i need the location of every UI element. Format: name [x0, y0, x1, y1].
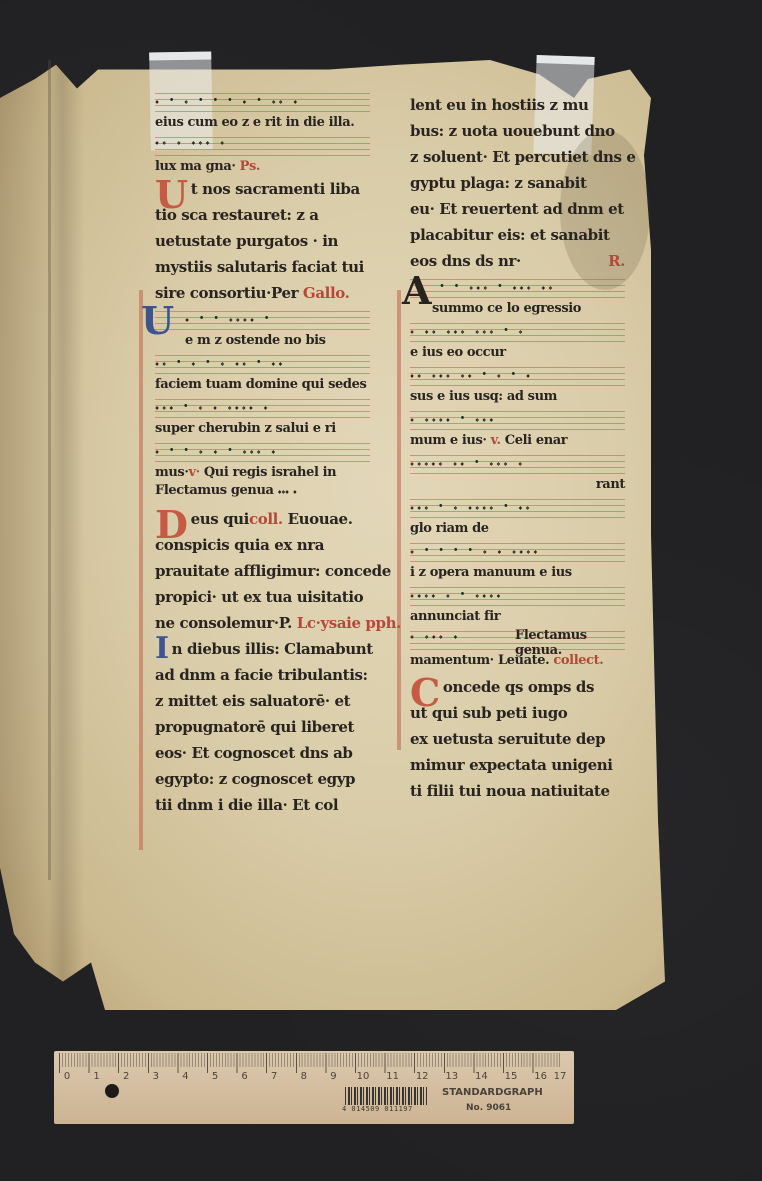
- ruler-label: 5: [212, 1071, 218, 1082]
- neumes: 𝆺𝆹 ꞏ 𝆺 ꞏ 𝆹 𝆺𝆹 ꞏ 𝆺𝆺: [155, 352, 286, 370]
- ruler-model: No. 9061: [466, 1103, 511, 1113]
- rubric: v·: [188, 465, 199, 480]
- lyric-line: glo riam de: [410, 520, 625, 538]
- ruler-label: 4: [182, 1071, 188, 1082]
- left-column: 𝆺 ꞏ 𝆹 ꞏ ꞏ ꞏ 𝆺 ꞏ 𝆹𝆹 𝆺 eius cum eo z e rit…: [155, 88, 370, 818]
- neumes: 𝆹𝆺𝆹𝆺 𝆹 ꞏ 𝆹𝆺𝆹𝆺: [410, 584, 503, 602]
- text: ne consolemur·P.: [155, 614, 292, 632]
- lyric-line: rant: [410, 476, 625, 494]
- ruler-label: 7: [271, 1071, 277, 1082]
- neumes: 𝆹𝆹𝆹𝆺𝆹 𝆹𝆺 ꞏ 𝆹𝆹𝆹 𝆹: [410, 452, 525, 470]
- text-line: placabitur eis: et sanabit: [410, 222, 625, 248]
- music-staff: U𝆺 ꞏ ꞏ 𝆹𝆹𝆹𝆺 ꞏ: [155, 306, 370, 332]
- rubric: Lc·ysaie pph.: [297, 614, 401, 632]
- text-line: sire consortiu·Per Gallo.: [155, 280, 370, 306]
- neumes: 𝆺 ꞏ ꞏ 𝆹 𝆺 ꞏ 𝆹𝆹𝆹 𝆺: [155, 440, 278, 458]
- music-staff: 𝆺 ꞏ ꞏ 𝆹 𝆺 ꞏ 𝆹𝆹𝆹 𝆺: [155, 438, 370, 464]
- red-border-flourish-right: [397, 290, 401, 750]
- ruler-label: 12: [416, 1071, 429, 1082]
- music-staff: 𝆺𝆹 ꞏ 𝆺 ꞏ 𝆹 𝆺𝆹 ꞏ 𝆺𝆺: [155, 350, 370, 376]
- barcode: [345, 1087, 427, 1105]
- lyric-line: mum e ius· v. Celi enar: [410, 432, 625, 450]
- decorated-initial: U: [141, 302, 174, 340]
- text-line: ti filii tui noua natiuitate: [410, 778, 625, 804]
- text-line: tii dnm i die illa· Et col: [155, 792, 370, 818]
- text-line: Ut nos sacramenti liba: [155, 176, 370, 202]
- ruler-hole: [105, 1084, 119, 1098]
- ruler-labels: 0 1 2 3 4 5 6 7 8 9 10 11 12 13 14 15 16…: [54, 1071, 574, 1085]
- text-line: bus: z uota uouebunt dno: [410, 118, 625, 144]
- decorated-initial: I: [155, 636, 169, 662]
- text: Flectamus genua: [155, 483, 274, 498]
- lyric-line: mus·v· Qui regis israhel in: [155, 464, 370, 482]
- ruler-label: 2: [123, 1071, 129, 1082]
- text-line: propici· ut ex tua uisitatio: [155, 584, 370, 610]
- text-line: conspicis quia ex nra: [155, 532, 370, 558]
- text-line: z mittet eis saluatorē· et: [155, 688, 370, 714]
- music-staff: 𝆹𝆹𝆹𝆺𝆹 𝆹𝆺 ꞏ 𝆹𝆹𝆹 𝆹: [410, 450, 625, 476]
- text-line: egypto: z cognoscet egyp: [155, 766, 370, 792]
- lyric-line: annunciat fir: [410, 608, 625, 626]
- text: eus qui: [191, 510, 249, 528]
- text-line: uetustate purgatos · in: [155, 228, 370, 254]
- ruler-major-ticks: [59, 1053, 562, 1073]
- lyric-line: sus e ius usq: ad sum: [410, 388, 625, 406]
- text-line: ad dnm a facie tribulantis:: [155, 662, 370, 688]
- binding-fold: [48, 60, 51, 880]
- ruler-brand: STANDARDGRAPH: [442, 1087, 543, 1098]
- red-border-flourish: [139, 290, 143, 850]
- text: n diebus illis: Clamabunt: [172, 640, 373, 658]
- music-staff: 𝆺 ꞏ 𝆹 ꞏ ꞏ ꞏ 𝆺 ꞏ 𝆹𝆹 𝆺: [155, 88, 370, 114]
- text: t nos sacramenti liba: [191, 180, 360, 198]
- text-line: eu· Et reuertent ad dnm et: [410, 196, 625, 222]
- measurement-ruler: 0 1 2 3 4 5 6 7 8 9 10 11 12 13 14 15 16…: [54, 1051, 574, 1124]
- lyric-line: eius cum eo z e rit in die illa.: [155, 114, 370, 132]
- lyric-line: Flectamus genua 𝆺𝆹𝆺 𝆺: [155, 482, 370, 500]
- rubric: coll.: [249, 510, 283, 528]
- neumes: 𝆺𝆹𝆺 ꞏ 𝆹 𝆺 𝆹𝆺𝆹𝆺 𝆺: [155, 396, 271, 414]
- neumes: 𝆹 𝆺𝆹 𝆹𝆺𝆹 𝆹𝆹𝆹 ꞏ 𝆹: [410, 320, 526, 338]
- text-line: ut qui sub peti iugo: [410, 700, 625, 726]
- lyric-line: summo ce lo egressio: [410, 300, 625, 318]
- neumes: 𝆹 𝆹𝆺𝆹 𝆺: [410, 628, 461, 643]
- lyric-line: i z opera manuum e ius: [410, 564, 625, 582]
- text: Qui regis israhel in: [204, 465, 336, 480]
- neumes: 𝆹 𝆹𝆹𝆹𝆺 ꞏ 𝆹𝆹𝆺: [410, 408, 496, 426]
- ruler-label: 17: [554, 1071, 567, 1082]
- text-line: eos· Et cognoscet dns ab: [155, 740, 370, 766]
- text: mus·: [155, 465, 188, 480]
- text-line: In diebus illis: Clamabunt: [155, 636, 370, 662]
- right-column: lent eu in hostiis z mu bus: z uota uoue…: [410, 92, 625, 804]
- text-line: Concede qs omps ds: [410, 674, 625, 700]
- text-line: ex uetusta seruitute dep: [410, 726, 625, 752]
- neumes: 𝆺 ꞏ ꞏ 𝆹𝆹𝆹𝆺 ꞏ: [185, 308, 272, 326]
- text: Celi enar: [505, 433, 567, 448]
- neumes: 𝆹𝆺𝆹 ꞏ 𝆹 𝆺𝆹𝆹𝆹 ꞏ 𝆺𝆹: [410, 496, 533, 514]
- ruler-label: 9: [330, 1071, 336, 1082]
- lyric-line: faciem tuam domine qui sedes: [155, 376, 370, 394]
- music-staff: Aꞏ ꞏ 𝆹𝆺𝆹 ꞏ 𝆺𝆺𝆹 𝆺𝆹: [410, 274, 625, 300]
- text: Euouae.: [288, 510, 353, 528]
- neumes: 𝆺𝆹𝆺 𝆺: [278, 483, 297, 498]
- lyric-line: e m z ostende no bis: [155, 332, 370, 350]
- ruler-label: 16: [534, 1071, 547, 1082]
- rubric: Ps.: [240, 159, 260, 174]
- text-line: prauitate affligimur: concede: [155, 558, 370, 584]
- music-staff: 𝆹 𝆺𝆹 𝆹𝆺𝆹 𝆹𝆹𝆹 ꞏ 𝆹: [410, 318, 625, 344]
- text: oncede qs omps ds: [443, 678, 594, 696]
- text-line: lent eu in hostiis z mu: [410, 92, 625, 118]
- neumes: ꞏ ꞏ 𝆹𝆺𝆹 ꞏ 𝆺𝆺𝆹 𝆺𝆹: [440, 276, 555, 294]
- music-staff: 𝆹𝆺𝆹𝆺 𝆹 ꞏ 𝆹𝆺𝆹𝆺: [410, 582, 625, 608]
- text: sire consortiu·Per: [155, 284, 298, 302]
- text-line: z soluent· Et percutiet dns e: [410, 144, 625, 170]
- neumes: 𝆺𝆹 𝆹 𝆺𝆹𝆺 𝆹: [155, 134, 227, 149]
- ruler-label: 13: [445, 1071, 458, 1082]
- text-line: mimur expectata unigeni: [410, 752, 625, 778]
- ruler-label: 11: [386, 1071, 399, 1082]
- text-line: tio sca restauret: z a: [155, 202, 370, 228]
- music-staff: 𝆺𝆹 𝆹 𝆺𝆹𝆺 𝆹: [155, 132, 370, 158]
- decorated-initial: A: [402, 272, 431, 310]
- music-staff: 𝆹 𝆹𝆺𝆹 𝆺Flectamus genua.: [410, 626, 625, 652]
- rubric: Gallo.: [303, 284, 350, 302]
- text-line: ne consolemur·P. Lc·ysaie pph.: [155, 610, 370, 636]
- text-line: eos dns ds nr· R.: [410, 248, 625, 274]
- ruler-label: 15: [505, 1071, 518, 1082]
- ruler-label: 1: [93, 1071, 99, 1082]
- music-staff: 𝆺𝆹 𝆹𝆺𝆹 𝆹𝆺 ꞏ 𝆹 ꞏ 𝆺: [410, 362, 625, 388]
- rubric: R.: [608, 248, 625, 274]
- lyric-line: super cherubin z salui e ri: [155, 420, 370, 438]
- barcode-number: 4 014509 011197: [342, 1105, 413, 1113]
- text-line: mystiis salutaris faciat tui: [155, 254, 370, 280]
- text: Flectamus genua.: [515, 628, 625, 658]
- neumes: 𝆺 ꞏ 𝆹 ꞏ ꞏ ꞏ 𝆺 ꞏ 𝆹𝆹 𝆺: [155, 90, 300, 108]
- ruler-label: 10: [357, 1071, 370, 1082]
- neumes: 𝆹 ꞏ ꞏ ꞏ ꞏ 𝆹 𝆺 𝆹𝆺𝆹𝆺: [410, 540, 540, 558]
- rubric: v.: [491, 433, 501, 448]
- music-staff: 𝆹 𝆹𝆹𝆹𝆺 ꞏ 𝆹𝆹𝆺: [410, 406, 625, 432]
- ruler-label: 3: [153, 1071, 159, 1082]
- music-staff: 𝆹𝆺𝆹 ꞏ 𝆹 𝆺𝆹𝆹𝆹 ꞏ 𝆺𝆹: [410, 494, 625, 520]
- text-line: Deus quicoll. Euouae.: [155, 506, 370, 532]
- ruler-label: 14: [475, 1071, 488, 1082]
- text-line: gyptu plaga: z sanabit: [410, 170, 625, 196]
- ruler-label: 8: [301, 1071, 307, 1082]
- lyric-line: e ius eo occur: [410, 344, 625, 362]
- music-staff: 𝆺𝆹𝆺 ꞏ 𝆹 𝆺 𝆹𝆺𝆹𝆺 𝆺: [155, 394, 370, 420]
- neumes: 𝆺𝆹 𝆹𝆺𝆹 𝆹𝆺 ꞏ 𝆹 ꞏ 𝆺: [410, 364, 533, 382]
- music-staff: 𝆹 ꞏ ꞏ ꞏ ꞏ 𝆹 𝆺 𝆹𝆺𝆹𝆺: [410, 538, 625, 564]
- text: mamentum·: [410, 653, 494, 668]
- text-line: propugnatorē qui liberet: [155, 714, 370, 740]
- ruler-label: 6: [241, 1071, 247, 1082]
- ruler-label: 0: [64, 1071, 70, 1082]
- text: mum e ius·: [410, 433, 487, 448]
